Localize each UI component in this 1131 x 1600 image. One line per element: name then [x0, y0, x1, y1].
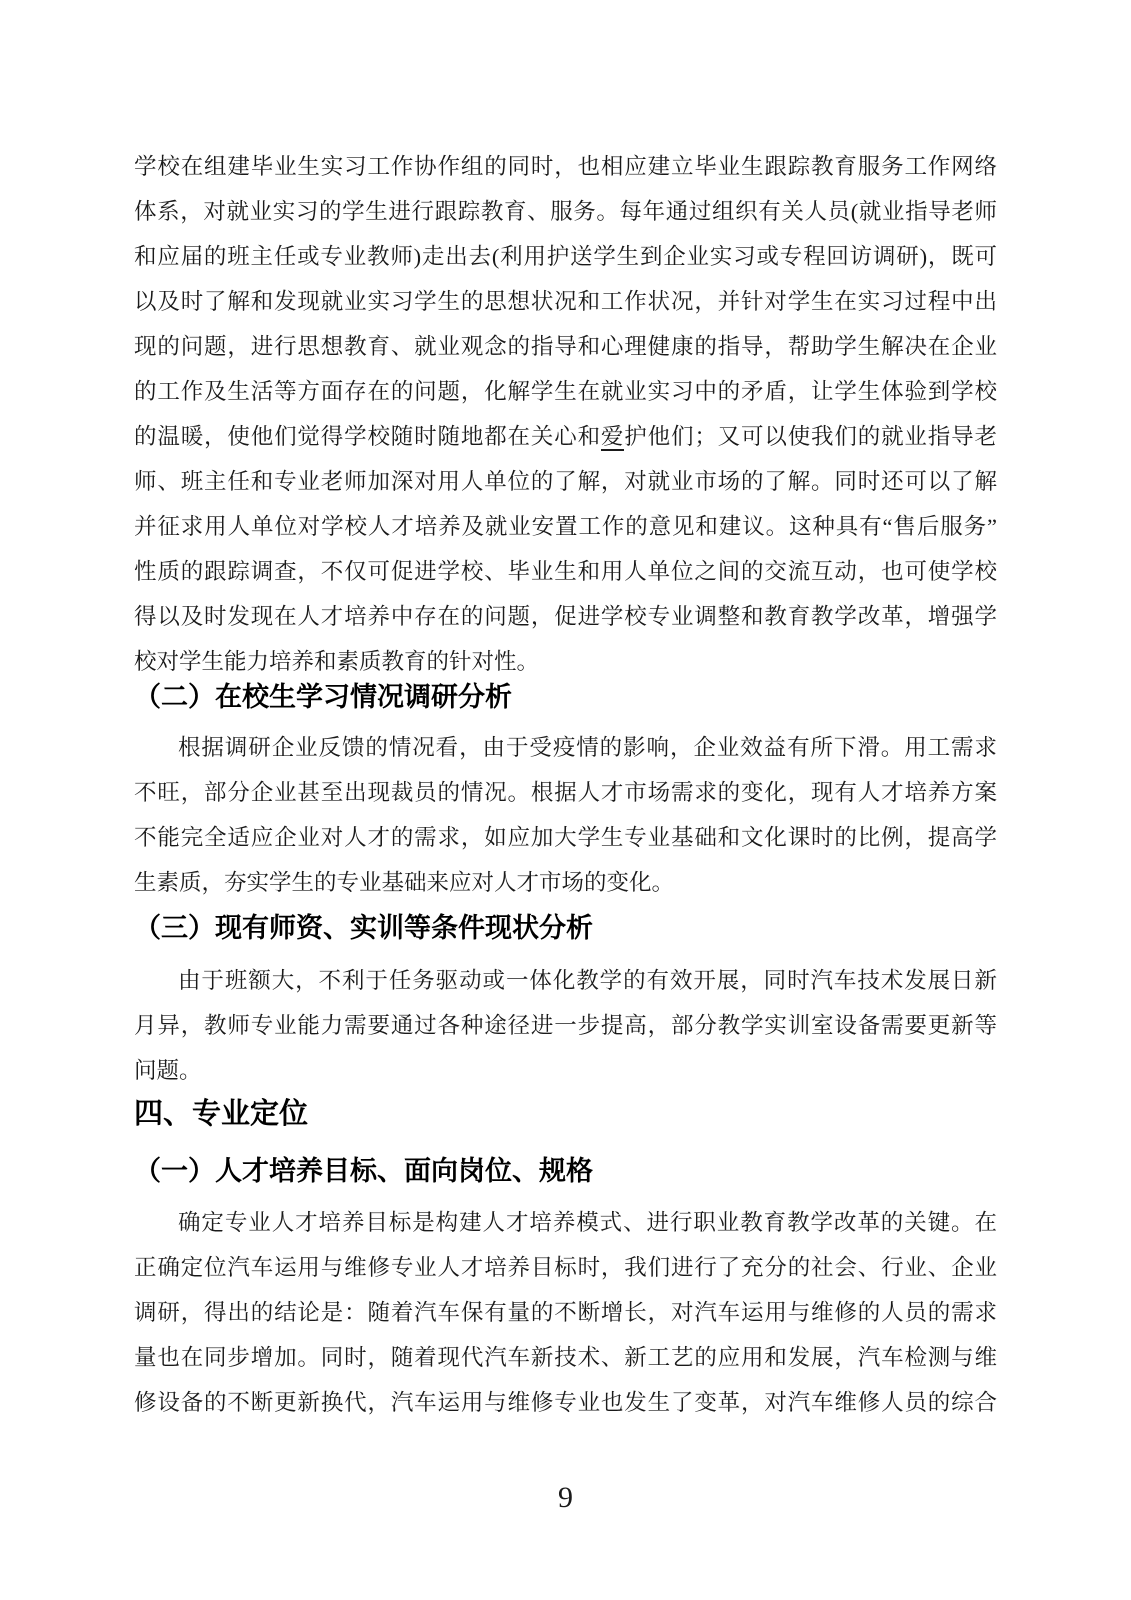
- text-line: 的温暖，使他们觉得学校随时随地都在关心和爱护他们；又可以使我们的就业指导老: [134, 414, 997, 459]
- text-line: 现的问题，进行思想教育、就业观念的指导和心理健康的指导，帮助学生解决在企业: [134, 324, 997, 369]
- text-line: 和应届的班主任或专业教师)走出去(利用护送学生到企业实习或专程回访调研)，既可: [134, 234, 997, 279]
- paragraph-graduate-tracking: 学校在组建毕业生实习工作协作组的同时，也相应建立毕业生跟踪教育服务工作网络体系，…: [134, 144, 997, 684]
- text-line: 量也在同步增加。同时，随着现代汽车新技术、新工艺的应用和发展，汽车检测与维: [134, 1335, 997, 1380]
- text-line: 不能完全适应企业对人才的需求，如应加大学生专业基础和文化课时的比例，提高学: [134, 815, 997, 860]
- paragraph-teaching-conditions: 由于班额大，不利于任务驱动或一体化教学的有效开展，同时汽车技术发展日新月异，教师…: [134, 958, 997, 1093]
- underlined-text: 爱: [601, 424, 624, 451]
- text-line: 正确定位汽车运用与维修专业人才培养目标时，我们进行了充分的社会、行业、企业: [134, 1245, 997, 1290]
- text-line: 性质的跟踪调查，不仅可促进学校、毕业生和用人单位之间的交流互动，也可使学校: [134, 549, 997, 594]
- text-line: 师、班主任和专业老师加深对用人单位的了解，对就业市场的了解。同时还可以了解: [134, 459, 997, 504]
- text-line: 体系，对就业实习的学生进行跟踪教育、服务。每年通过组织有关人员(就业指导老师: [134, 189, 997, 234]
- text-segment: 护他们；又可以使我们的就业指导老: [624, 424, 997, 449]
- text-line: 以及时了解和发现就业实习学生的思想状况和工作状况，并针对学生在实习过程中出: [134, 279, 997, 324]
- heading-section-2-current-students-survey: （二）在校生学习情况调研分析: [134, 677, 997, 717]
- text-line: 学校在组建毕业生实习工作协作组的同时，也相应建立毕业生跟踪教育服务工作网络: [134, 144, 997, 189]
- document-page: 学校在组建毕业生实习工作协作组的同时，也相应建立毕业生跟踪教育服务工作网络体系，…: [0, 0, 1131, 1600]
- page-number: 9: [0, 1480, 1131, 1516]
- text-line: 生素质，夯实学生的专业基础来应对人才市场的变化。: [134, 860, 997, 905]
- text-line: 并征求用人单位对学校人才培养及就业安置工作的意见和建议。这种具有“售后服务”: [134, 504, 997, 549]
- text-line: 根据调研企业反馈的情况看，由于受疫情的影响，企业效益有所下滑。用工需求: [134, 725, 997, 770]
- text-line: 不旺，部分企业甚至出现裁员的情况。根据人才市场需求的变化，现有人才培养方案: [134, 770, 997, 815]
- heading-section-1-training-goals: （一）人才培养目标、面向岗位、规格: [134, 1151, 997, 1191]
- text-line: 得以及时发现在人才培养中存在的问题，促进学校专业调整和教育教学改革，增强学: [134, 594, 997, 639]
- text-line: 修设备的不断更新换代，汽车运用与维修专业也发生了变革，对汽车维修人员的综合: [134, 1380, 997, 1425]
- text-line: 确定专业人才培养目标是构建人才培养模式、进行职业教育教学改革的关键。在: [134, 1200, 997, 1245]
- text-segment: 的温暖，使他们觉得学校随时随地都在关心和: [134, 424, 601, 449]
- heading-chapter-4-major-positioning: 四、专业定位: [134, 1093, 997, 1135]
- heading-section-3-teacher-training-conditions: （三）现有师资、实训等条件现状分析: [134, 908, 997, 948]
- text-line: 调研，得出的结论是：随着汽车保有量的不断增长，对汽车运用与维修的人员的需求: [134, 1290, 997, 1335]
- paragraph-training-objectives: 确定专业人才培养目标是构建人才培养模式、进行职业教育教学改革的关键。在正确定位汽…: [134, 1200, 997, 1425]
- text-line: 的工作及生活等方面存在的问题，化解学生在就业实习中的矛盾，让学生体验到学校: [134, 369, 997, 414]
- text-line: 问题。: [134, 1048, 997, 1093]
- text-line: 月异，教师专业能力需要通过各种途径进一步提高，部分教学实训室设备需要更新等: [134, 1003, 997, 1048]
- paragraph-enterprise-feedback: 根据调研企业反馈的情况看，由于受疫情的影响，企业效益有所下滑。用工需求不旺，部分…: [134, 725, 997, 905]
- text-line: 由于班额大，不利于任务驱动或一体化教学的有效开展，同时汽车技术发展日新: [134, 958, 997, 1003]
